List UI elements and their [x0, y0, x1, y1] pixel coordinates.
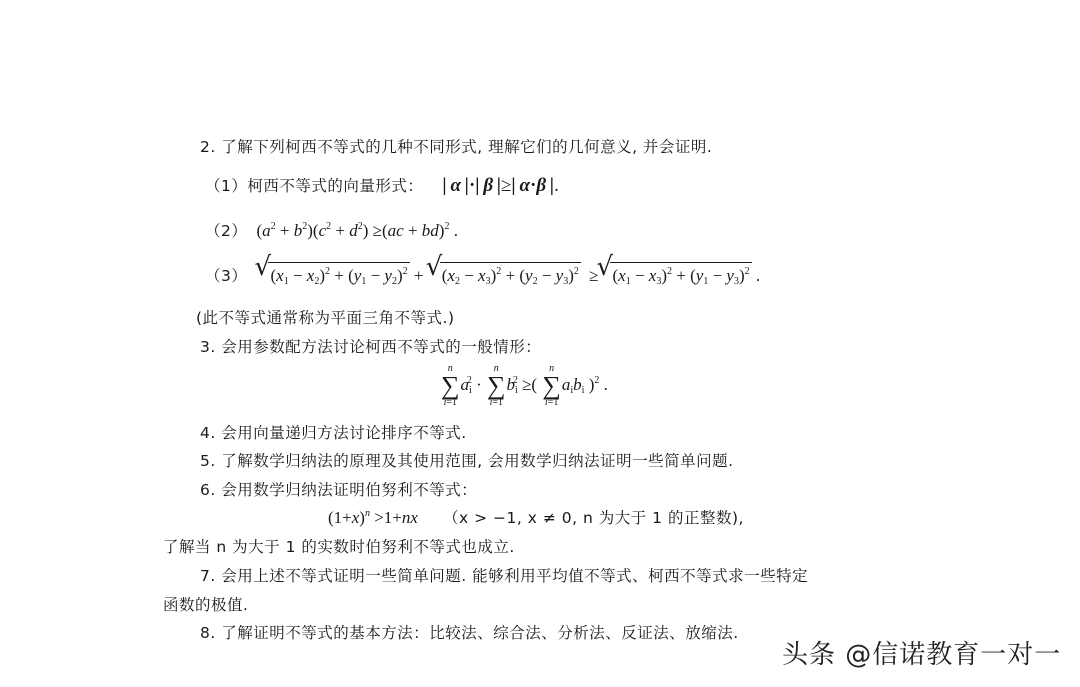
item-7-continuation: 函数的极值. [163, 594, 248, 616]
item-5-text: 5. 了解数学归纳法的原理及其使用范围, 会用数学归纳法证明一些简单问题. [200, 450, 734, 472]
sum-symbol: n∑i=1 [487, 364, 506, 408]
item-6-text: 6. 会用数学归纳法证明伯努利不等式： [200, 479, 477, 501]
sub-item-2: （2） (a2 + b2)(c2 + d2) ≥(ac + bd)2 . [205, 220, 458, 242]
note-text: (此不等式通常称为平面三角不等式.) [196, 307, 455, 329]
cauchy-general-formula: n∑i=1ai2 · n∑i=1bi2 ≥( n∑i=1aibi )2 . [440, 360, 608, 410]
item-8-text: 8. 了解证明不等式的基本方法：比较法、综合法、分析法、反证法、放缩法. [200, 622, 739, 644]
item-7-text: 7. 会用上述不等式证明一些简单问题. 能够利用平均值不等式、柯西不等式求一些特… [200, 565, 808, 587]
cauchy-2d-formula: (a2 + b2)(c2 + d2) ≥(ac + bd)2 . [256, 221, 457, 240]
sub-item-2-label: （2） [205, 222, 247, 240]
radical-1: (x1 − x2)2 + (y1 − y2)2 [256, 262, 409, 287]
sub-item-3: （3） (x1 − x2)2 + (y1 − y2)2 + (x2 − x3)2… [205, 262, 760, 287]
radical-3: (x1 − x3)2 + (y1 − y3)2 [598, 262, 751, 287]
sum-symbol: n∑i=1 [542, 364, 561, 408]
sub-item-1: （1）柯西不等式的向量形式： | α |·| β |≥| α·β |. [205, 175, 559, 197]
item-4-text: 4. 会用向量递归方法讨论排序不等式. [200, 422, 467, 444]
item-6-continuation: 了解当 n 为大于 1 的实数时伯努利不等式也成立. [163, 536, 515, 558]
sub-item-1-text: 柯西不等式的向量形式： [247, 177, 423, 195]
bernoulli-condition: （x > −1, x ≠ 0, n 为大于 1 的正整数), [443, 509, 744, 527]
sub-item-3-label: （3） [205, 267, 247, 285]
triangle-inequality-formula: (x1 − x2)2 + (y1 − y2)2 + (x2 − x3)2 + (… [256, 266, 760, 285]
radical-2: (x2 − x3)2 + (y2 − y3)2 [428, 262, 581, 287]
vector-formula: | α |·| β |≥| α·β |. [442, 175, 558, 196]
item-2-text: 2. 了解下列柯西不等式的几种不同形式, 理解它们的几何意义, 并会证明. [200, 136, 712, 158]
item-3-text: 3. 会用参数配方法讨论柯西不等式的一般情形： [200, 336, 541, 358]
sum-symbol: n∑i=1 [441, 364, 460, 408]
bernoulli-formula-line: (1+x)n >1+nx （x > −1, x ≠ 0, n 为大于 1 的正整… [328, 507, 744, 529]
sub-item-1-label: （1） [205, 177, 247, 195]
bernoulli-formula: (1+x)n >1+nx [328, 508, 418, 527]
watermark: 头条 @信诺教育一对一 [782, 634, 1061, 671]
